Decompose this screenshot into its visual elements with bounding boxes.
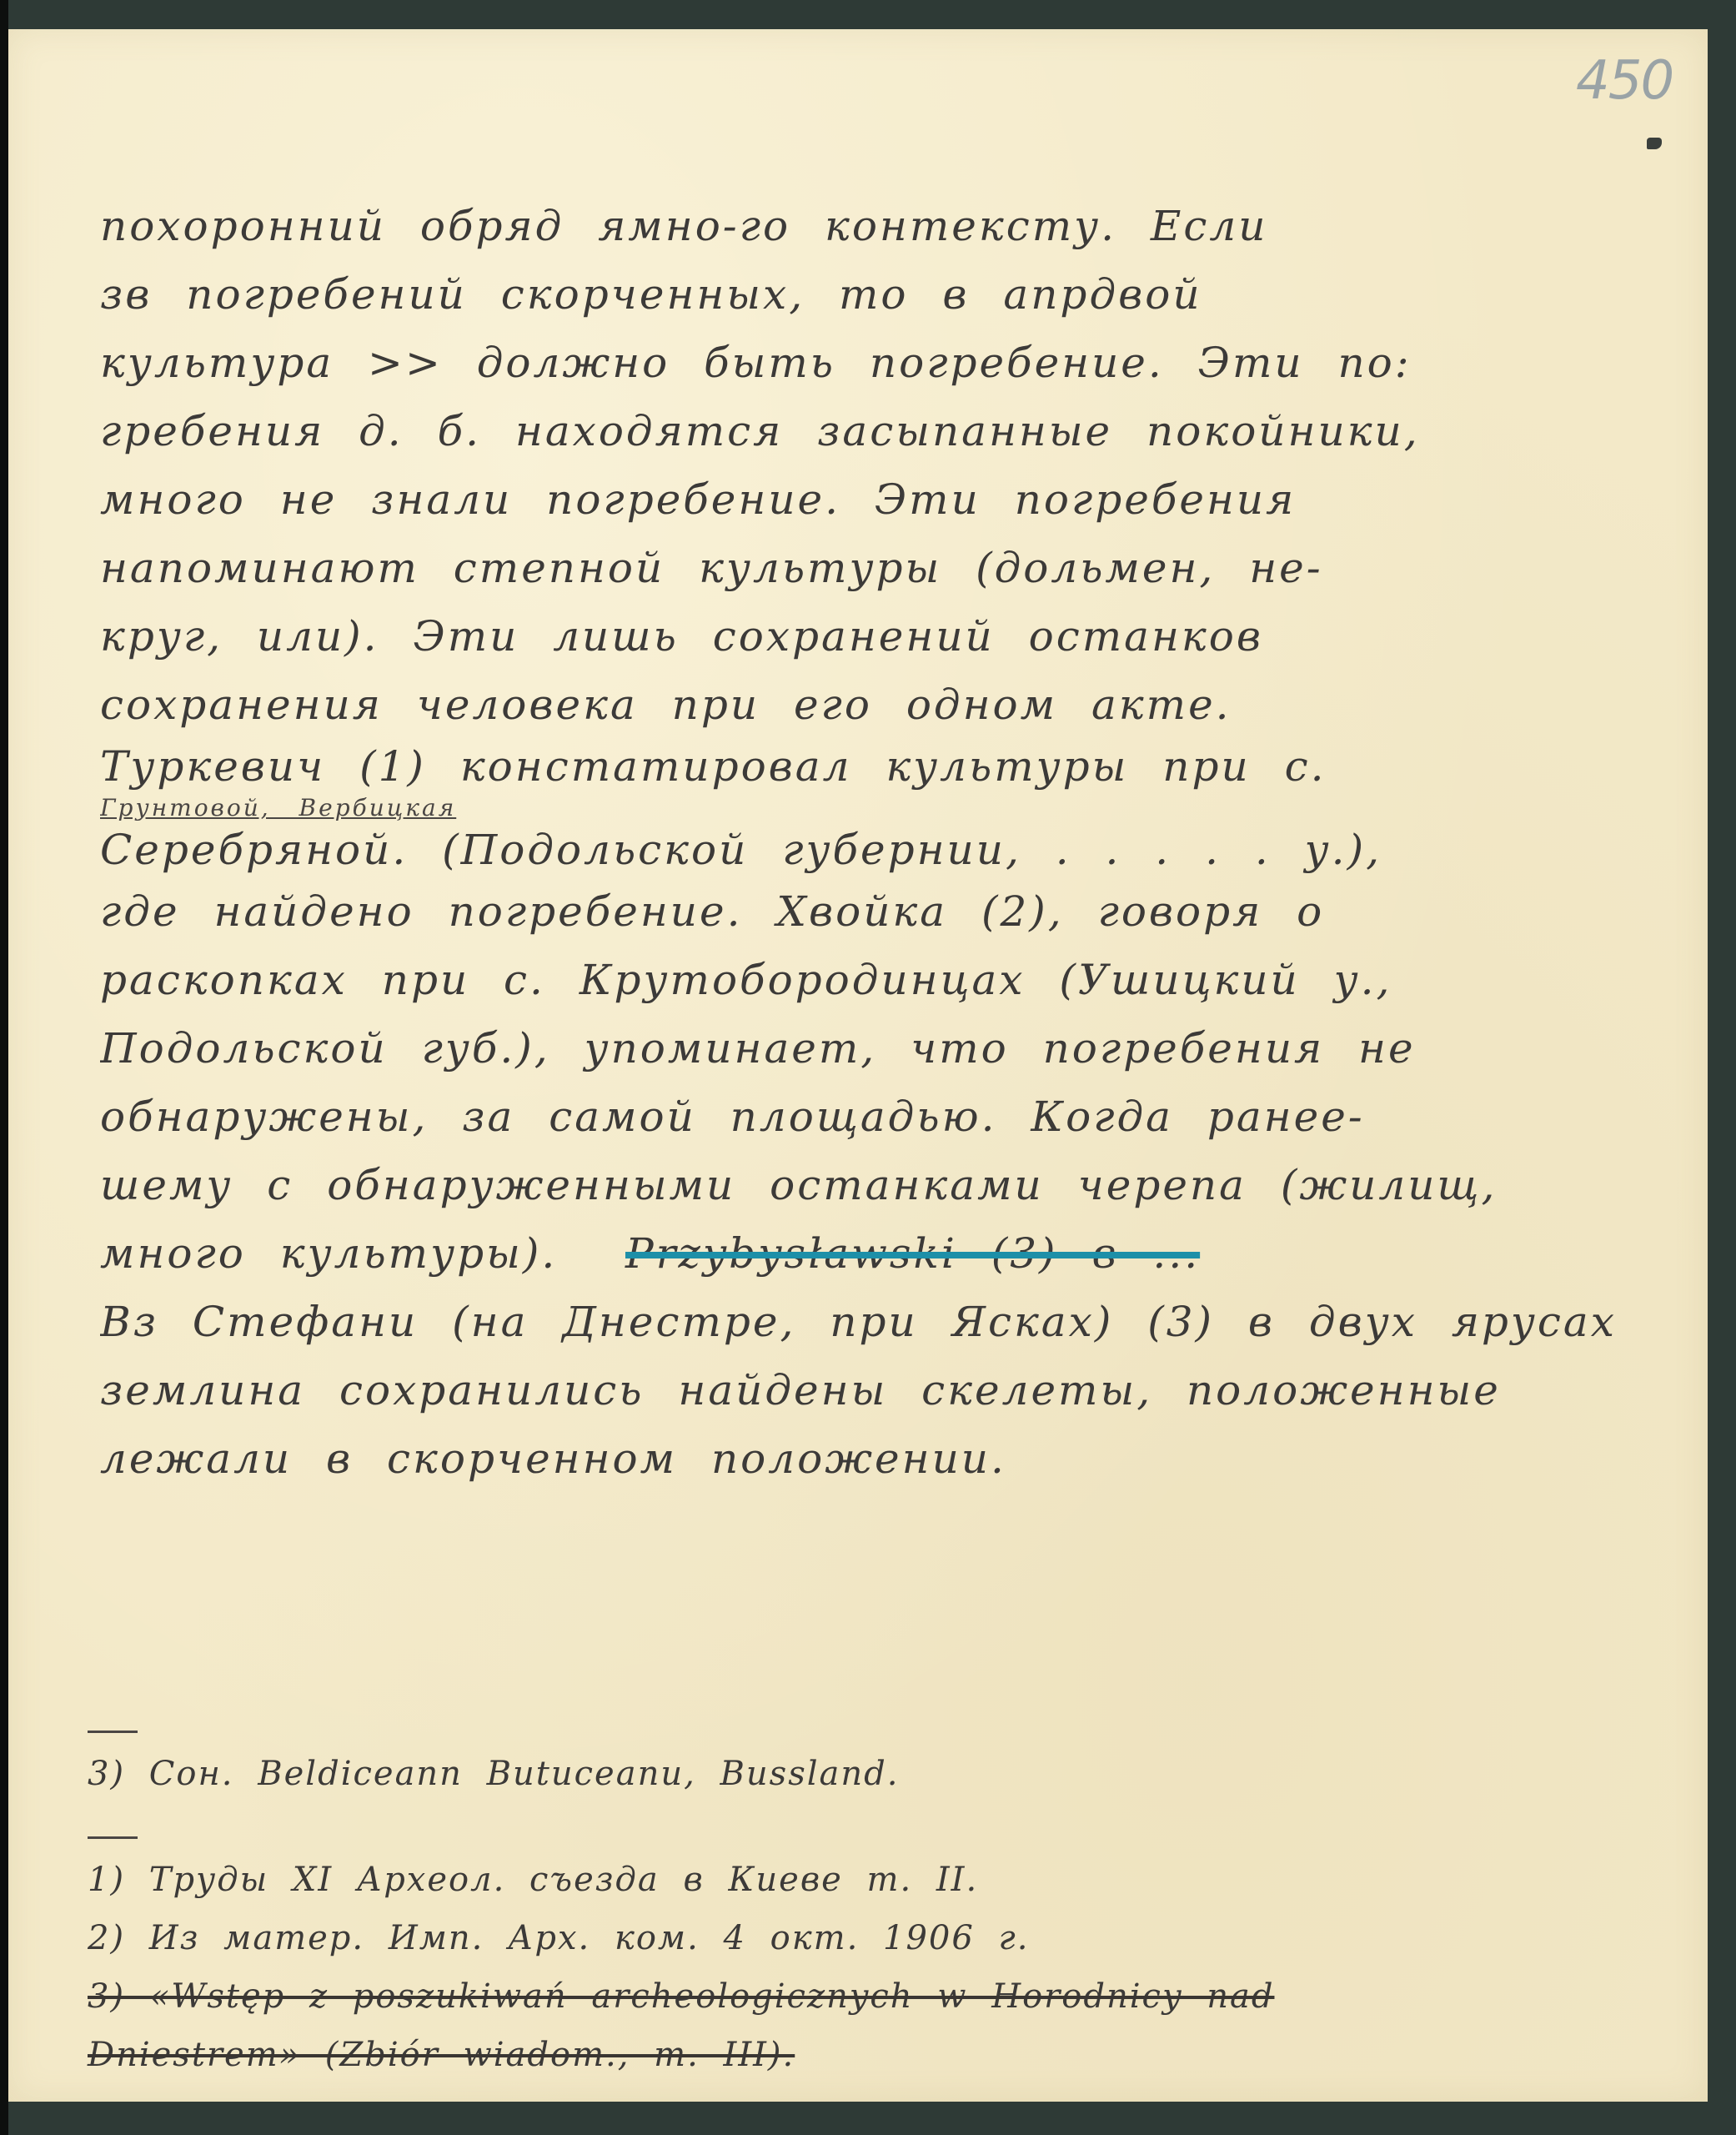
text-line: много не знали погребение. Эти погребени… xyxy=(100,465,1684,534)
footnote: 1) Труды XI Археол. съезда в Киеве т. II… xyxy=(88,1851,1672,1909)
footnote-rule xyxy=(88,1731,138,1733)
footnote-rule xyxy=(88,1836,138,1839)
footnote: 3) Сон. Bеldiceann Butuceanu, Bussland. xyxy=(88,1745,1672,1803)
text-line: лежали в скорченном положении. xyxy=(100,1424,1684,1493)
footnote-struck: 3) «Wstęp z poszukiwań archeologicznych … xyxy=(88,1967,1672,2026)
text-line-with-strikeout: много культуры). Przybysławski (3) в ...… xyxy=(100,1219,1684,1288)
text-line: раскопках при с. Крутобородинцах (Ушицки… xyxy=(100,946,1684,1014)
struck-text-blue: Przybysławski (3) в ... xyxy=(625,1229,1200,1278)
text-line: гребения д. б. находятся засыпанные поко… xyxy=(100,397,1684,465)
text-line: где найдено погребение. Хвойка (2), гово… xyxy=(100,877,1684,946)
interlinear-insertion: Грунтовой, Вербицкая xyxy=(100,794,1684,822)
text-line: обнаружены, за самой площадью. Когда ран… xyxy=(100,1083,1684,1151)
text-line: Подольской губ.), упоминает, что погребе… xyxy=(100,1014,1684,1083)
text-line: сохранения человека при его одном акте. xyxy=(100,671,1684,739)
footnote-struck: Dniestrem» (Zbiór wiadom., т. III). xyxy=(88,2026,1672,2084)
scan-left-edge xyxy=(0,0,8,2135)
text-fragment: много культуры). xyxy=(100,1229,625,1278)
text-line: Туркевич (1) констатировал культуры при … xyxy=(100,739,1684,794)
text-line: Серебряной. (Подольской губернии, . . . … xyxy=(100,822,1684,877)
text-line: похоронний обряд ямно-го контексту. Если xyxy=(100,192,1684,260)
text-line: зв погребений скорченных, то в апрдвой xyxy=(100,260,1684,329)
text-line: круг, или). Эти лишь сохранений останков xyxy=(100,602,1684,671)
text-line: культура >> должно быть погребение. Эти … xyxy=(100,329,1684,397)
text-line: напоминают степной культуры (дольмен, не… xyxy=(100,534,1684,602)
text-line: шему с обнаруженными останками черепа (ж… xyxy=(100,1151,1684,1219)
archive-page-number: 450 xyxy=(1576,50,1673,112)
text-line: землина сохранились найдены скелеты, пол… xyxy=(100,1356,1684,1424)
ink-blot-mark xyxy=(1647,138,1662,149)
footnotes: 3) Сон. Bеldiceann Butuceanu, Bussland. … xyxy=(88,1731,1672,2084)
handwritten-body: похоронний обряд ямно-го контексту. Если… xyxy=(100,192,1684,1493)
manuscript-page: 450 похоронний обряд ямно-го контексту. … xyxy=(8,29,1708,2102)
text-line: Вз Стефани (на Днестре, при Ясках) (3) в… xyxy=(100,1288,1684,1356)
footnote: 2) Из матер. Имп. Арх. ком. 4 окт. 1906 … xyxy=(88,1909,1672,1967)
